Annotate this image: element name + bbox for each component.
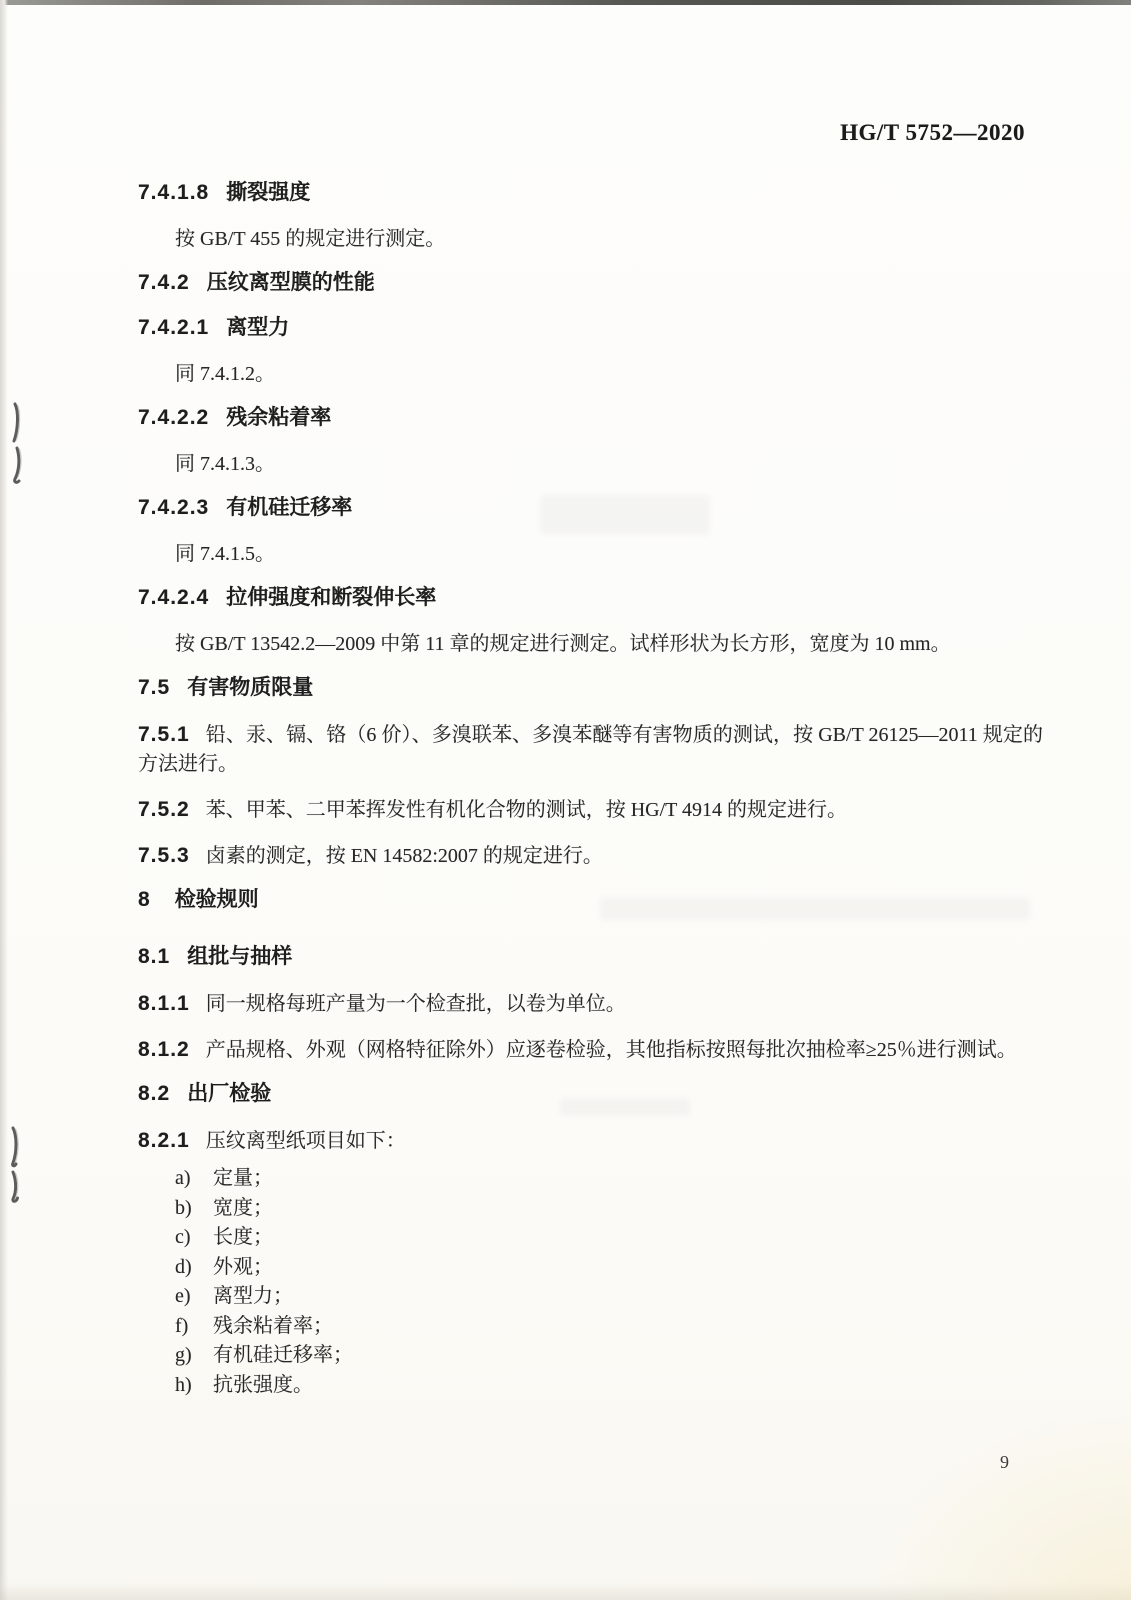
list-item: a)定量； xyxy=(138,1164,1043,1194)
clause-number: 8.2.1 xyxy=(138,1129,190,1152)
section-title: 离型力 xyxy=(226,316,289,339)
clause-text: 产品规格、外观（网格特征除外）应逐卷检验，其他指标按照每批次抽检率≥25％进行测… xyxy=(206,1039,1017,1061)
clause-number: 8.1.2 xyxy=(138,1038,190,1061)
list-item-text: 离型力； xyxy=(213,1282,293,1312)
section-number: 7.4.2.4 xyxy=(138,586,209,609)
section-heading: 7.4.2压纹离型膜的性能 xyxy=(138,270,1043,296)
list-item: e)离型力； xyxy=(138,1282,1043,1312)
list-item-text: 宽度； xyxy=(213,1194,273,1224)
paragraph: 同 7.4.1.3。 xyxy=(138,450,1043,479)
clause-text: 同一规格每班产量为一个检查批，以卷为单位。 xyxy=(206,993,626,1015)
clause-number: 8.1.1 xyxy=(138,992,190,1015)
list-item-text: 定量； xyxy=(213,1164,273,1194)
section-number: 7.4.2 xyxy=(138,271,190,294)
section-number: 8.2 xyxy=(138,1082,170,1105)
numbered-paragraph: 8.1.2产品规格、外观（网格特征除外）应逐卷检验，其他指标按照每批次抽检率≥2… xyxy=(138,1035,1043,1065)
list-item-marker: e) xyxy=(175,1282,213,1312)
clause-text: 卤素的测定，按 EN 14582:2007 的规定进行。 xyxy=(206,845,603,867)
list-item: f)残余粘着率； xyxy=(138,1312,1043,1342)
section-title: 检验规则 xyxy=(175,888,259,911)
clause-number: 7.5.2 xyxy=(138,798,190,821)
section-number: 8 xyxy=(138,888,151,911)
scan-edge-left xyxy=(0,0,8,1600)
clause-text: 苯、甲苯、二甲苯挥发性有机化合物的测试，按 HG/T 4914 的规定进行。 xyxy=(206,799,847,821)
clause-number: 7.5.1 xyxy=(138,723,190,746)
section-heading: 7.5有害物质限量 xyxy=(138,675,1043,701)
section-title: 出厂检验 xyxy=(187,1082,271,1105)
numbered-paragraph: 7.5.3卤素的测定，按 EN 14582:2007 的规定进行。 xyxy=(138,841,1043,871)
section-title: 残余粘着率 xyxy=(226,406,331,429)
section-number: 7.4.2.1 xyxy=(138,316,209,339)
list-item-marker: h) xyxy=(175,1371,213,1401)
section-number: 7.4.1.8 xyxy=(138,181,209,204)
paragraph: 同 7.4.1.2。 xyxy=(138,360,1043,389)
numbered-paragraph: 7.5.2苯、甲苯、二甲苯挥发性有机化合物的测试，按 HG/T 4914 的规定… xyxy=(138,795,1043,825)
list-item-marker: a) xyxy=(175,1164,213,1194)
numbered-paragraph: 8.2.1压纹离型纸项目如下： xyxy=(138,1126,1043,1156)
section-heading: 8检验规则 xyxy=(138,887,1043,913)
list-item-marker: g) xyxy=(175,1341,213,1371)
section-heading: 7.4.2.3有机硅迁移率 xyxy=(138,495,1043,521)
page-number: 9 xyxy=(1000,1452,1009,1473)
list-item: c)长度； xyxy=(138,1223,1043,1253)
paragraph: 按 GB/T 13542.2—2009 中第 11 章的规定进行测定。试样形状为… xyxy=(138,630,1043,659)
list-item-text: 残余粘着率； xyxy=(213,1312,333,1342)
document-body: 7.4.1.8撕裂强度 按 GB/T 455 的规定进行测定。 7.4.2压纹离… xyxy=(138,180,1043,1400)
section-heading: 8.1组批与抽样 xyxy=(138,944,1043,970)
paragraph: 按 GB/T 455 的规定进行测定。 xyxy=(138,225,1043,254)
section-title: 撕裂强度 xyxy=(226,181,310,204)
list-item-text: 有机硅迁移率； xyxy=(213,1341,353,1371)
list-item-marker: f) xyxy=(175,1312,213,1342)
scan-edge-top xyxy=(0,0,1131,5)
list-item-text: 外观； xyxy=(213,1253,273,1283)
clause-text: 压纹离型纸项目如下： xyxy=(206,1130,406,1152)
numbered-paragraph: 7.5.1铅、汞、镉、铬（6 价）、多溴联苯、多溴苯醚等有害物质的测试，按 GB… xyxy=(138,720,1043,779)
clause-number: 7.5.3 xyxy=(138,844,190,867)
section-number: 7.4.2.3 xyxy=(138,496,209,519)
numbered-paragraph: 8.1.1同一规格每班产量为一个检查批，以卷为单位。 xyxy=(138,989,1043,1019)
section-number: 7.4.2.2 xyxy=(138,406,209,429)
section-title: 拉伸强度和断裂伸长率 xyxy=(226,586,436,609)
list-item: b)宽度； xyxy=(138,1194,1043,1224)
section-title: 有机硅迁移率 xyxy=(226,496,352,519)
list-item-text: 抗张强度。 xyxy=(213,1371,313,1401)
list-item-marker: d) xyxy=(175,1253,213,1283)
list-item: d)外观； xyxy=(138,1253,1043,1283)
section-title: 有害物质限量 xyxy=(187,676,313,699)
section-number: 7.5 xyxy=(138,676,170,699)
section-number: 8.1 xyxy=(138,945,170,968)
clause-text: 铅、汞、镉、铬（6 价）、多溴联苯、多溴苯醚等有害物质的测试，按 GB/T 26… xyxy=(138,724,1043,775)
inspection-item-list: a)定量； b)宽度； c)长度； d)外观； e)离型力； f)残余粘着率； … xyxy=(138,1164,1043,1400)
standard-code: HG/T 5752—2020 xyxy=(840,120,1025,146)
scan-corner-tint xyxy=(871,1400,1131,1600)
section-heading: 8.2出厂检验 xyxy=(138,1081,1043,1107)
section-heading: 7.4.2.4拉伸强度和断裂伸长率 xyxy=(138,585,1043,611)
list-item: g)有机硅迁移率； xyxy=(138,1341,1043,1371)
list-item: h)抗张强度。 xyxy=(138,1371,1043,1401)
document-page: HG/T 5752—2020 7.4.1.8撕裂强度 按 GB/T 455 的规… xyxy=(0,0,1131,1600)
section-heading: 7.4.2.1离型力 xyxy=(138,315,1043,341)
section-heading: 7.4.1.8撕裂强度 xyxy=(138,180,1043,206)
list-item-marker: c) xyxy=(175,1223,213,1253)
section-heading: 7.4.2.2残余粘着率 xyxy=(138,405,1043,431)
section-title: 组批与抽样 xyxy=(187,945,292,968)
list-item-marker: b) xyxy=(175,1194,213,1224)
paragraph: 同 7.4.1.5。 xyxy=(138,540,1043,569)
section-title: 压纹离型膜的性能 xyxy=(207,271,375,294)
list-item-text: 长度； xyxy=(213,1223,273,1253)
